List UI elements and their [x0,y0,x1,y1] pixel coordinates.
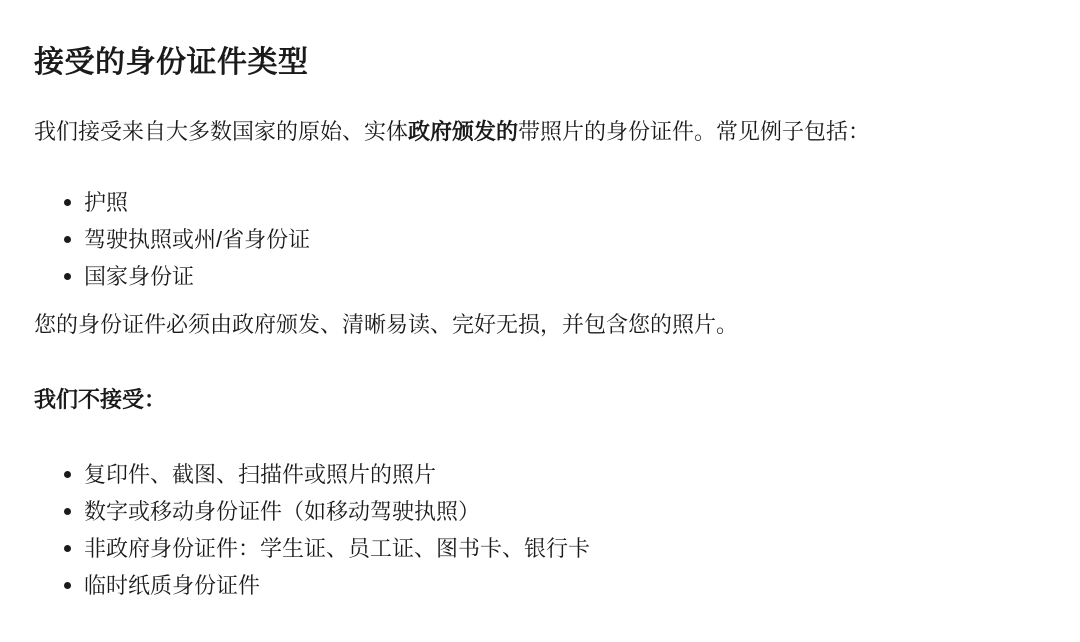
list-item: 护照 [64,184,1040,221]
bullet-icon [64,545,71,552]
bullet-icon [64,199,71,206]
list-item: 国家身份证 [64,258,1040,295]
list-item-text: 非政府身份证件：学生证、员工证、图书卡、银行卡 [84,530,590,567]
rejected-id-list: 复印件、截图、扫描件或照片的照片 数字或移动身份证件（如移动驾驶执照） 非政府身… [34,456,1040,604]
intro-text-bold: 政府颁发的 [408,119,518,144]
bullet-icon [64,273,71,280]
list-item: 复印件、截图、扫描件或照片的照片 [64,456,1040,493]
list-item: 数字或移动身份证件（如移动驾驶执照） [64,493,1040,530]
list-item-text: 数字或移动身份证件（如移动驾驶执照） [84,493,480,530]
not-accept-heading: 我们不接受： [34,384,1040,416]
list-item-text: 护照 [84,184,128,221]
accepted-id-list: 护照 驾驶执照或州/省身份证 国家身份证 [34,184,1040,295]
bullet-icon [64,236,71,243]
list-item-text: 复印件、截图、扫描件或照片的照片 [84,456,436,493]
bullet-icon [64,582,71,589]
intro-paragraph: 我们接受来自大多数国家的原始、实体政府颁发的带照片的身份证件。常见例子包括： [34,116,1040,148]
intro-text-before: 我们接受来自大多数国家的原始、实体 [34,119,408,144]
article-content: 接受的身份证件类型 我们接受来自大多数国家的原始、实体政府颁发的带照片的身份证件… [0,0,1080,604]
list-item: 驾驶执照或州/省身份证 [64,221,1040,258]
bullet-icon [64,471,71,478]
list-item: 非政府身份证件：学生证、员工证、图书卡、银行卡 [64,530,1040,567]
page-title: 接受的身份证件类型 [34,46,1040,80]
intro-text-after: 带照片的身份证件。常见例子包括： [518,119,870,144]
list-item: 临时纸质身份证件 [64,567,1040,604]
list-item-text: 国家身份证 [84,258,194,295]
list-item-text: 临时纸质身份证件 [84,567,260,604]
requirement-paragraph: 您的身份证件必须由政府颁发、清晰易读、完好无损，并包含您的照片。 [34,309,1040,341]
bullet-icon [64,508,71,515]
list-item-text: 驾驶执照或州/省身份证 [84,221,310,258]
